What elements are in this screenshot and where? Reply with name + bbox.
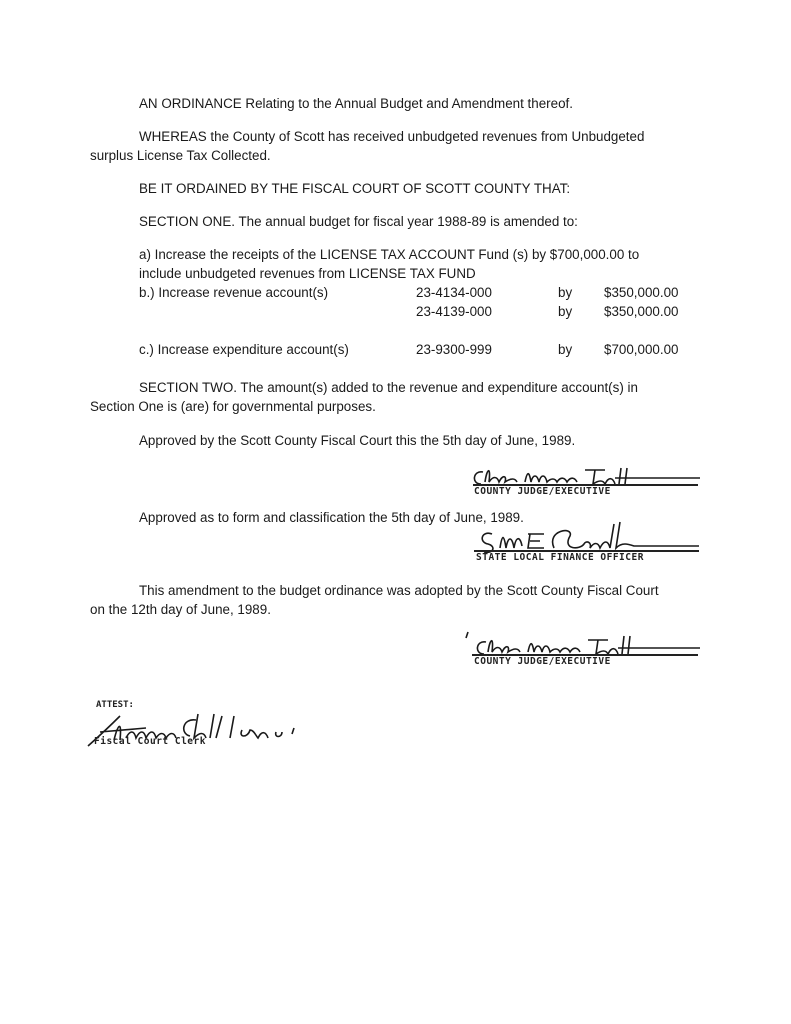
account-row: b.) Increase revenue account(s) 23-4134-… — [139, 283, 699, 302]
whereas-clause-line2: surplus License Tax Collected. — [90, 146, 271, 165]
account-amount: $350,000.00 — [604, 283, 678, 302]
clerk-title: Fiscal Court Clerk — [94, 736, 206, 747]
judge-signature-1: COUNTY JUDGE/EXECUTIVE — [465, 458, 700, 498]
account-number: 23-4134-000 — [416, 283, 492, 302]
account-label: b.) Increase revenue account(s) — [139, 283, 328, 302]
account-row: 23-4139-000 by $350,000.00 — [139, 302, 699, 321]
section-one-heading: SECTION ONE. The annual budget for fisca… — [139, 212, 578, 231]
account-amount: $700,000.00 — [604, 340, 678, 359]
item-a-line2: include unbudgeted revenues from LICENSE… — [139, 264, 476, 283]
account-label: c.) Increase expenditure account(s) — [139, 340, 349, 359]
item-a-line1: a) Increase the receipts of the LICENSE … — [139, 245, 639, 264]
finance-officer-signature: STATE LOCAL FINANCE OFFICER — [474, 520, 699, 564]
account-by: by — [558, 302, 572, 321]
account-by: by — [558, 340, 572, 359]
judge-title-2: COUNTY JUDGE/EXECUTIVE — [474, 656, 611, 667]
account-number: 23-9300-999 — [416, 340, 492, 359]
judge-signature-2: COUNTY JUDGE/EXECUTIVE — [464, 628, 700, 668]
judge-title-1: COUNTY JUDGE/EXECUTIVE — [474, 486, 611, 497]
approved-as-to-form: Approved as to form and classification t… — [139, 508, 524, 527]
section-two-line1: SECTION TWO. The amount(s) added to the … — [139, 378, 638, 397]
account-by: by — [558, 283, 572, 302]
adopted-line2: on the 12th day of June, 1989. — [90, 600, 271, 619]
whereas-clause-line1: WHEREAS the County of Scott has received… — [139, 127, 644, 146]
ordinance-title: AN ORDINANCE Relating to the Annual Budg… — [139, 94, 573, 113]
account-row: c.) Increase expenditure account(s) 23-9… — [139, 340, 699, 359]
approved-by-court: Approved by the Scott County Fiscal Cour… — [139, 431, 575, 450]
finance-officer-title: STATE LOCAL FINANCE OFFICER — [476, 552, 644, 563]
section-two-line2: Section One is (are) for governmental pu… — [90, 397, 376, 416]
account-amount: $350,000.00 — [604, 302, 678, 321]
ordained-clause: BE IT ORDAINED BY THE FISCAL COURT OF SC… — [139, 179, 570, 198]
adopted-line1: This amendment to the budget ordinance w… — [139, 581, 659, 600]
account-number: 23-4139-000 — [416, 302, 492, 321]
attest-label: ATTEST: — [96, 700, 134, 710]
clerk-signature: Fiscal Court Clerk — [86, 710, 336, 750]
